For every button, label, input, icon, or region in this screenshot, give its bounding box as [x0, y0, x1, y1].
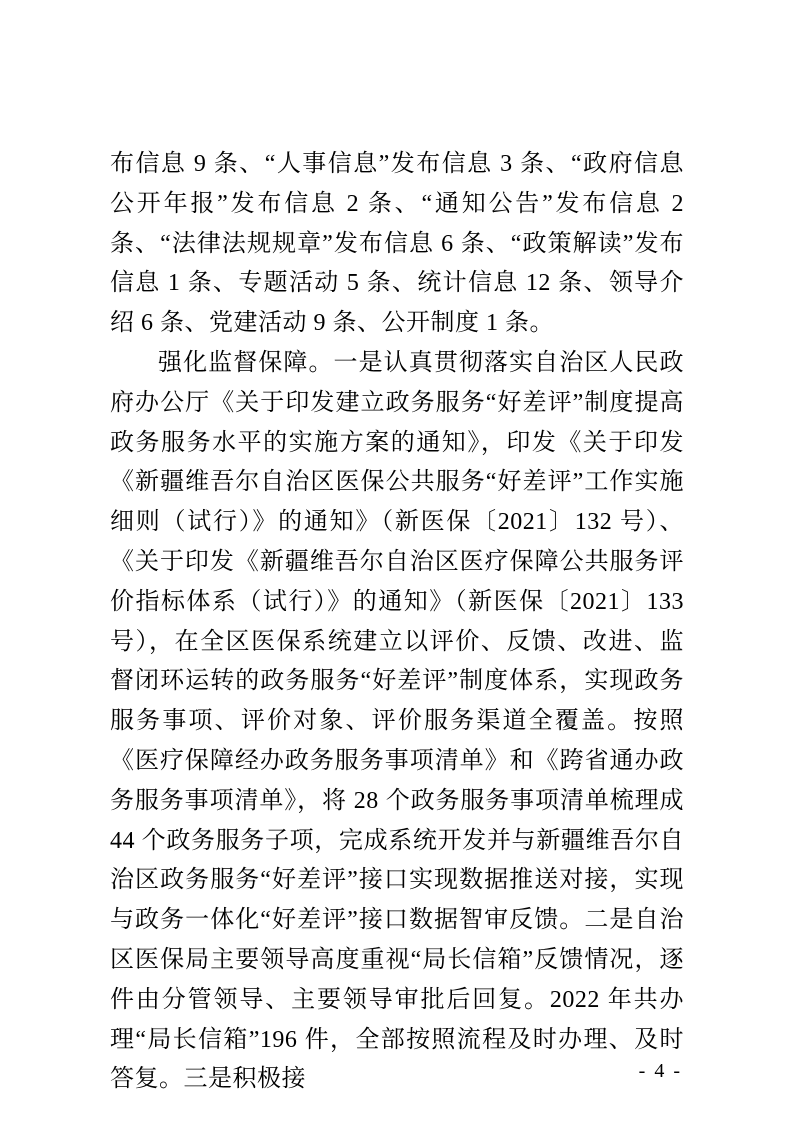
page-number: - 4 -: [639, 1058, 682, 1084]
document-page: 布信息 9 条、“人事信息”发布信息 3 条、“政府信息公开年报”发布信息 2 …: [0, 0, 793, 1122]
paragraph-continuation: 布信息 9 条、“人事信息”发布信息 3 条、“政府信息公开年报”发布信息 2 …: [110, 145, 684, 344]
document-body: 布信息 9 条、“人事信息”发布信息 3 条、“政府信息公开年报”发布信息 2 …: [110, 145, 684, 1100]
paragraph-supervision: 强化监督保障。一是认真贯彻落实自治区人民政府办公厅《关于印发建立政务服务“好差评…: [110, 344, 684, 1100]
